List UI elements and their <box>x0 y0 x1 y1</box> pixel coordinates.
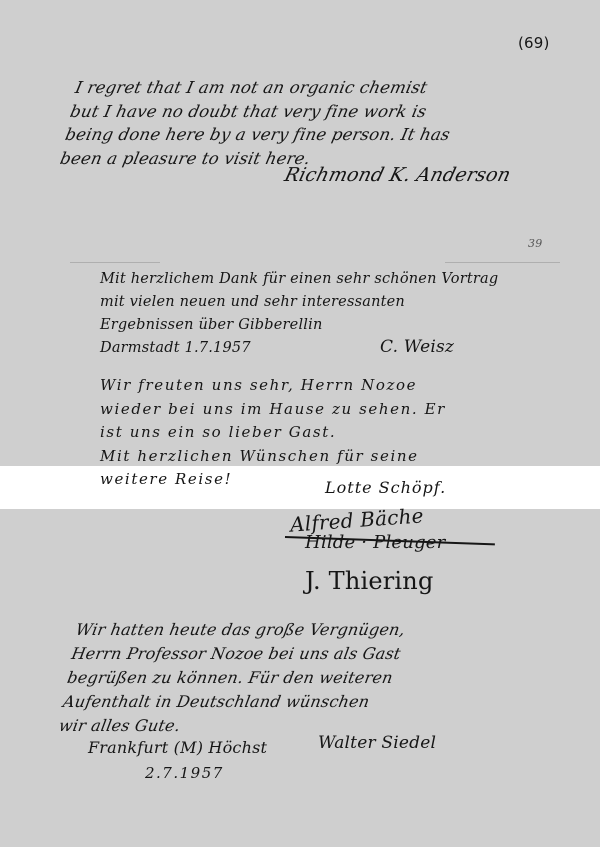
scan-edge-line <box>445 262 560 263</box>
text-line: Ergebnissen über Gibberellin <box>100 314 498 337</box>
signature-schoepf: Lotte Schöpf. <box>325 478 446 497</box>
text-line: Wir freuten uns sehr, Herrn Nozoe <box>100 374 446 398</box>
text-line: I regret that I am not an organic chemis… <box>73 76 462 100</box>
signature-siedel: Walter Siedel <box>318 733 436 753</box>
signature-thiering: J. Thiering <box>305 567 434 595</box>
text-line: Mit herzlichem Dank für einen sehr schön… <box>100 268 498 291</box>
secondary-page-number: 39 <box>528 237 542 250</box>
entry-siedel-text: Wir hatten heute das große Vergnügen, He… <box>57 618 407 738</box>
text-line: Aufenthalt in Deutschland wünschen <box>61 690 394 714</box>
text-line: mit vielen neuen und sehr interessanten <box>100 291 498 314</box>
text-line: ist uns ein so lieber Gast. <box>100 421 446 445</box>
text-line: Herrn Professor Nozoe bei uns als Gast <box>70 642 403 666</box>
text-line: wieder bei uns im Hause zu sehen. Er <box>100 398 446 422</box>
text-line: Wir hatten heute das große Vergnügen, <box>74 618 407 642</box>
place: Frankfurt (M) Höchst <box>88 738 267 757</box>
entry-schoepf-text: Wir freuten uns sehr, Herrn Nozoe wieder… <box>100 374 446 492</box>
text-line: Mit herzlichen Wünschen für seine <box>100 445 446 469</box>
signature-weisz: C. Weisz <box>380 337 454 357</box>
entry-anderson-text: I regret that I am not an organic chemis… <box>58 76 462 170</box>
text-line: begrüßen zu können. Für den weiteren <box>65 666 398 690</box>
signature-pleuger: Hilde · Pleuger <box>305 532 445 553</box>
date: 2.7.1957 <box>145 764 224 782</box>
page-number: (69) <box>518 34 550 52</box>
scan-edge-line <box>70 262 160 263</box>
text-line: being done here by a very fine person. I… <box>63 123 452 147</box>
signature-anderson: Richmond K. Anderson <box>282 164 513 186</box>
text-line: but I have no doubt that very fine work … <box>68 100 457 124</box>
